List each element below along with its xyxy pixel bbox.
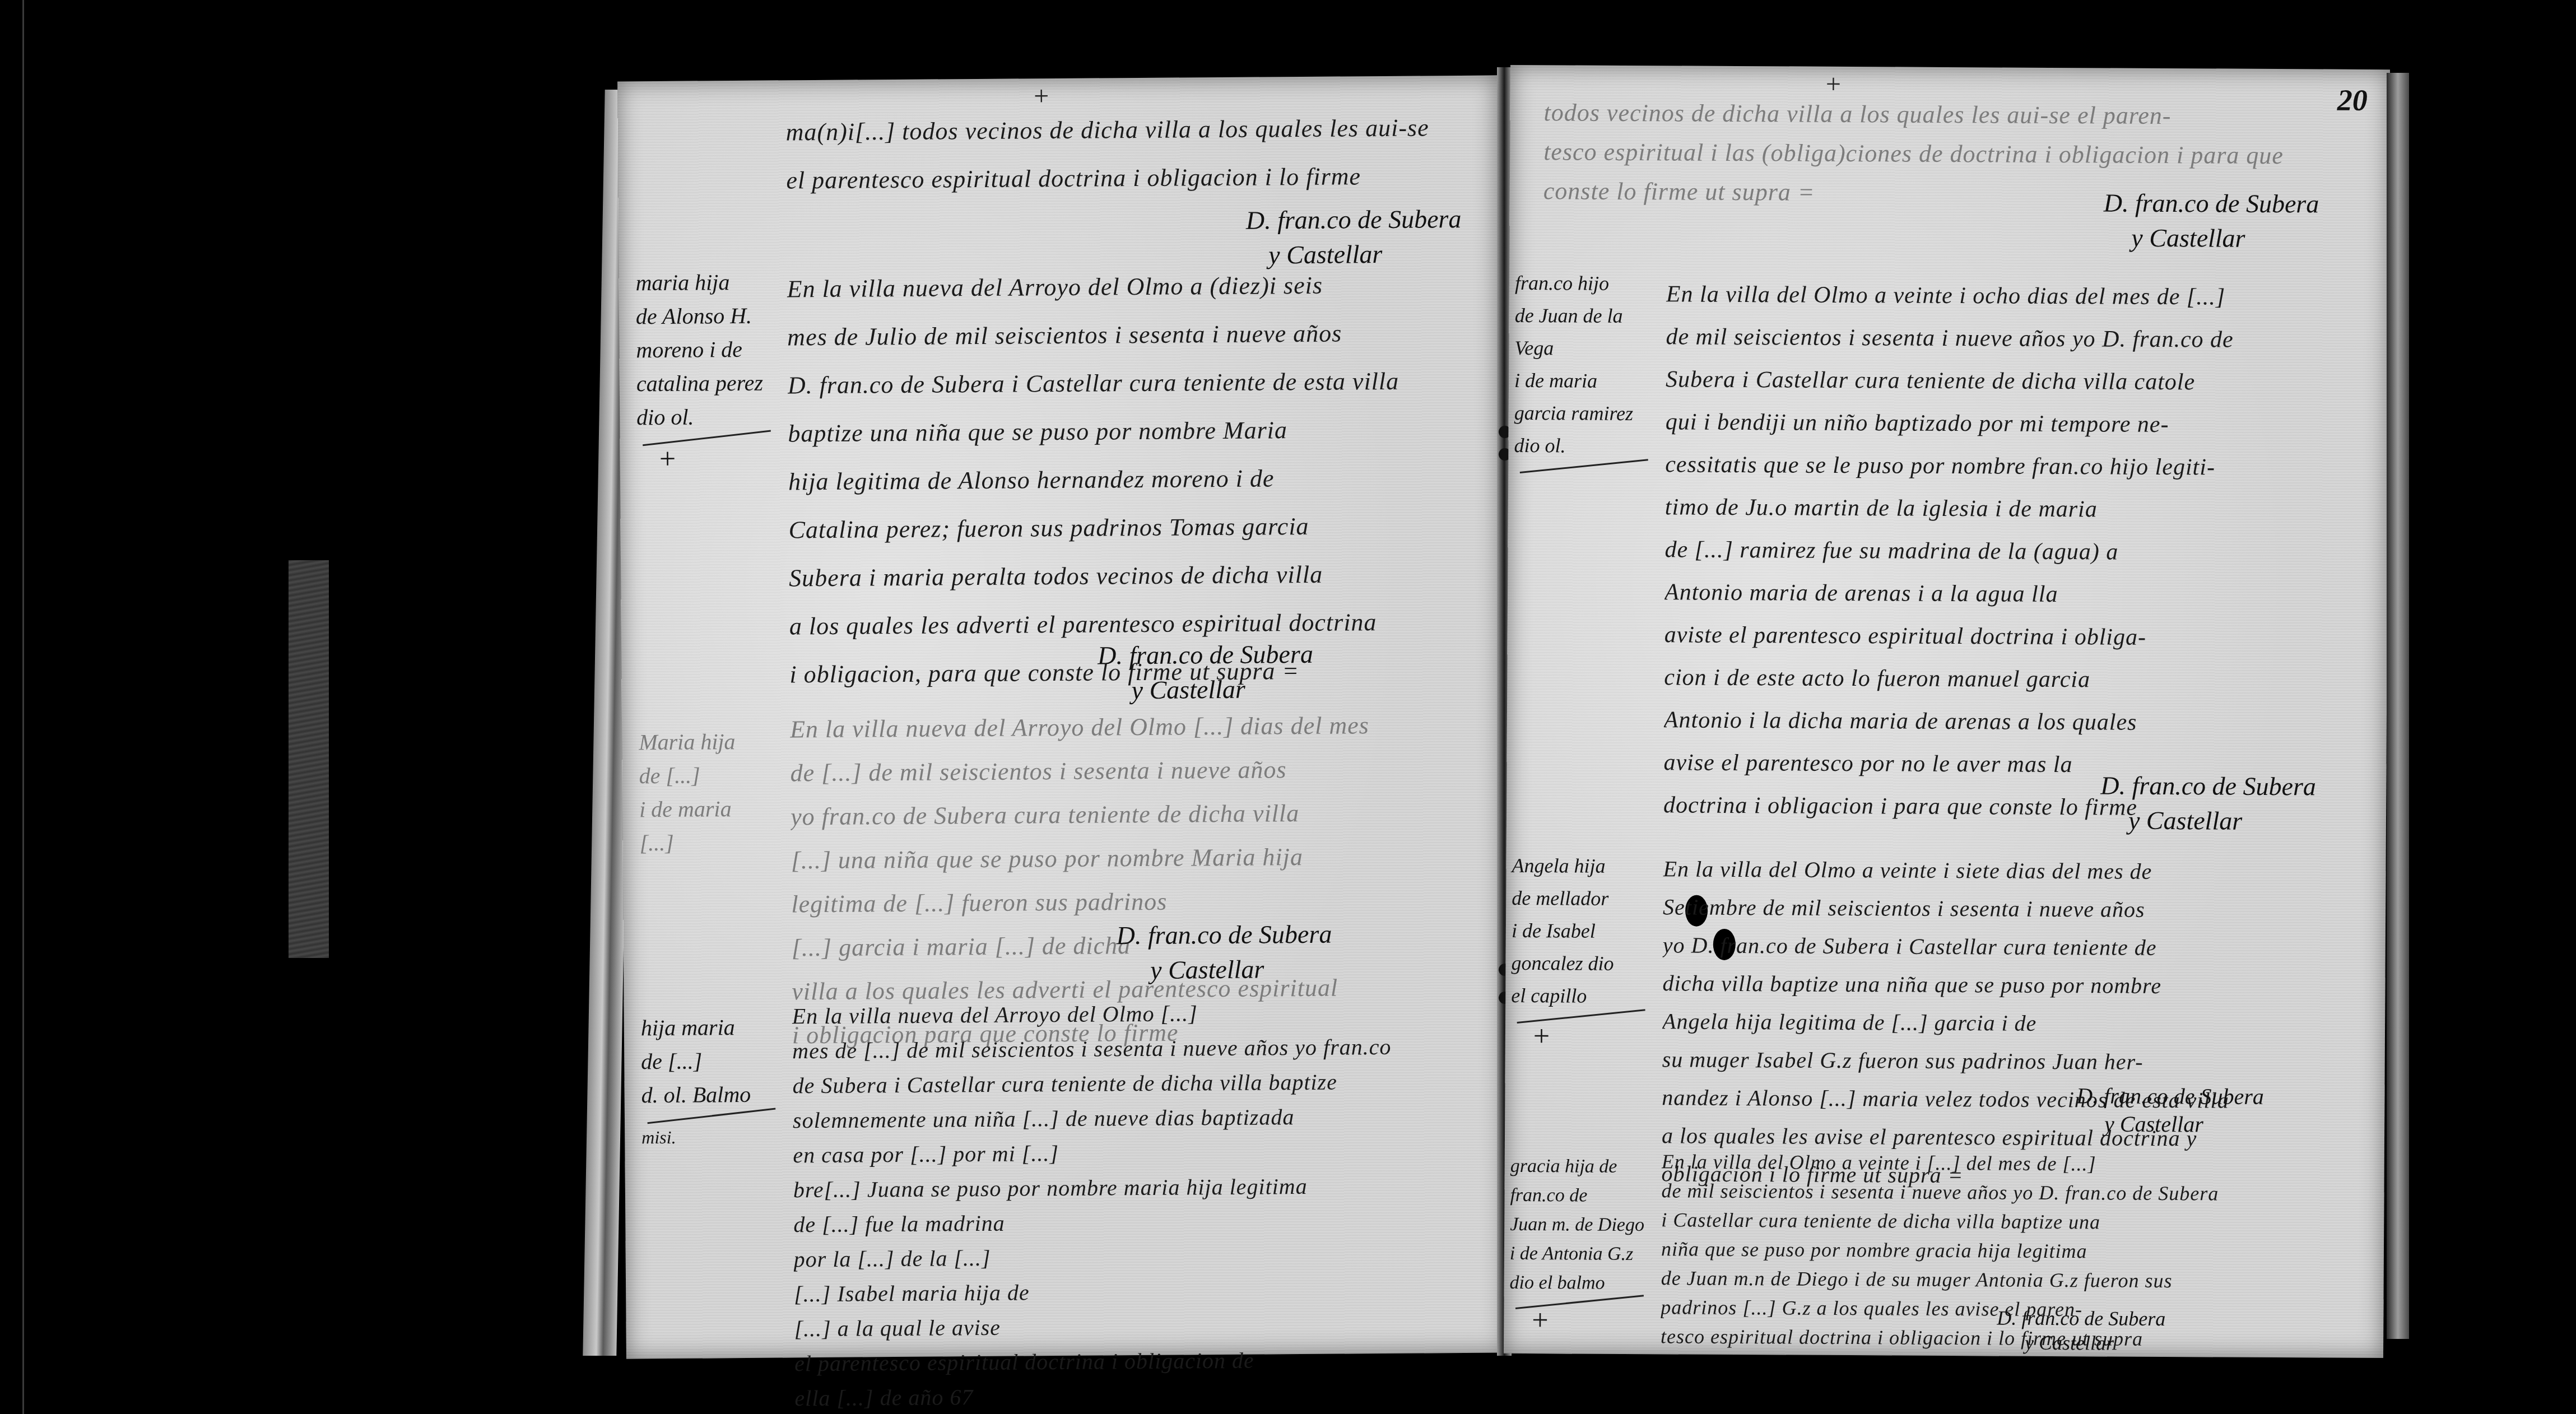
margin-note-right-entry-3: gracia hija de fran.co de Juan m. de Die… <box>1509 1152 1656 1336</box>
cross-mark: + <box>1511 1020 1651 1053</box>
continuation-text-left: ma(n)i[...] todos vecinos de dicha villa… <box>785 104 1475 205</box>
signature-right-4: D. fran.co de Subera y Castellar <box>1997 1305 2165 1356</box>
right-page-stack-edge <box>2387 73 2409 1339</box>
margin-note-right-entry-1: fran.co hijo de Juan de la Vega i de mar… <box>1514 267 1655 471</box>
signature-left-3: D. fran.co de Subera y Castellar <box>1117 917 1332 988</box>
cross-mark: + <box>637 441 788 476</box>
baptism-entry-right-2: En la villa del Olmo a veinte i siete di… <box>1661 850 2363 1197</box>
margin-note-entry-2: Maria hija de [...] i de maria [...] <box>639 724 791 860</box>
left-page: + ma(n)i[...] todos vecinos de dicha vil… <box>617 76 1506 1359</box>
signature-right-3: D. fran.co de Subera y Castellar <box>2076 1082 2264 1139</box>
baptism-entry-3: En la villa nueva del Arroyo del Olmo [.… <box>792 994 1495 1414</box>
margin-note-entry-1: maria hija de Alonso H. moreno i de cata… <box>635 265 788 476</box>
margin-note-entry-3: hija maria de [...] d. ol. Balmo misi. <box>641 1010 793 1154</box>
signature-right-1: D. fran.co de Subera y Castellar <box>2103 185 2319 256</box>
signature-right-2: D. fran.co de Subera y Castellar <box>2100 768 2316 839</box>
signature-left-2: D. fran.co de Subera y Castellar <box>1098 637 1313 708</box>
cross-mark: + <box>1509 1306 1655 1336</box>
baptism-entry-right-1: En la villa del Olmo a veinte i ocho dia… <box>1663 273 2366 830</box>
baptism-entry-1: En la villa nueva del Arroyo del Olmo a … <box>787 261 1484 699</box>
margin-note-right-entry-2: Angela hija de mellador i de Isabel gonc… <box>1511 849 1652 1053</box>
right-page: 20 + todos vecinos de dicha villa a los … <box>1504 65 2390 1358</box>
open-register-book: + ma(n)i[...] todos vecinos de dicha vil… <box>594 56 2403 1378</box>
scanner-artifact <box>289 560 329 958</box>
scanner-edge-line <box>22 0 24 1414</box>
